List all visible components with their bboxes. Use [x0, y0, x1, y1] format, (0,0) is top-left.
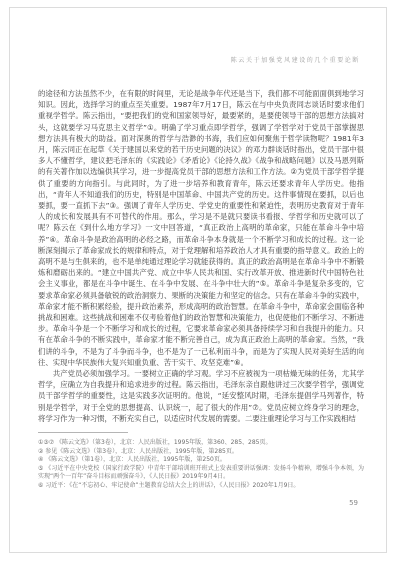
footnote-item: ④ 《陈云文选》（第1卷），北京：人民出版社，1995年版，第250页。 — [38, 456, 364, 464]
footnote-item: ①③⑦ 《陈云文选》（第3卷），北京：人民出版社，1995年版，第360、285… — [38, 439, 364, 447]
body-paragraph: 共产党员必须加强学习。一要树立正确的学习观。学习不应被视为一项枯燥无味的任务，尤… — [38, 368, 364, 424]
body-paragraph-continuation: 的途径和方法虽然不少，在有限的时间里，无论是战争年代还是当下，我们都不可能面面俱… — [38, 88, 364, 368]
running-header: 陈云关于加强党风建设的几个重要论断 — [231, 57, 360, 65]
footnote-item: ② 参见《陈云文选》（第3卷），北京：人民出版社，1995年版，第285页。 — [38, 448, 364, 456]
body-text-column: 的途径和方法虽然不少，在有限的时间里，无论是战争年代还是当下，我们都不可能面面俱… — [38, 88, 364, 424]
footnote-item: ⑤ 《习近平在中央党校（国家行政学院）中青年干部培训班开班式上发表重要讲话强调：… — [38, 465, 364, 481]
footnote-item: ⑥ 习近平：《在“不忘初心、牢记使命”主题教育总结大会上的讲话》，《人民日报》2… — [38, 482, 364, 490]
footnotes-block: ①③⑦ 《陈云文选》（第3卷），北京：人民出版社，1995年版，第360、285… — [38, 439, 364, 491]
page-number: 59 — [349, 499, 358, 507]
footnote-separator-rule — [38, 432, 128, 433]
